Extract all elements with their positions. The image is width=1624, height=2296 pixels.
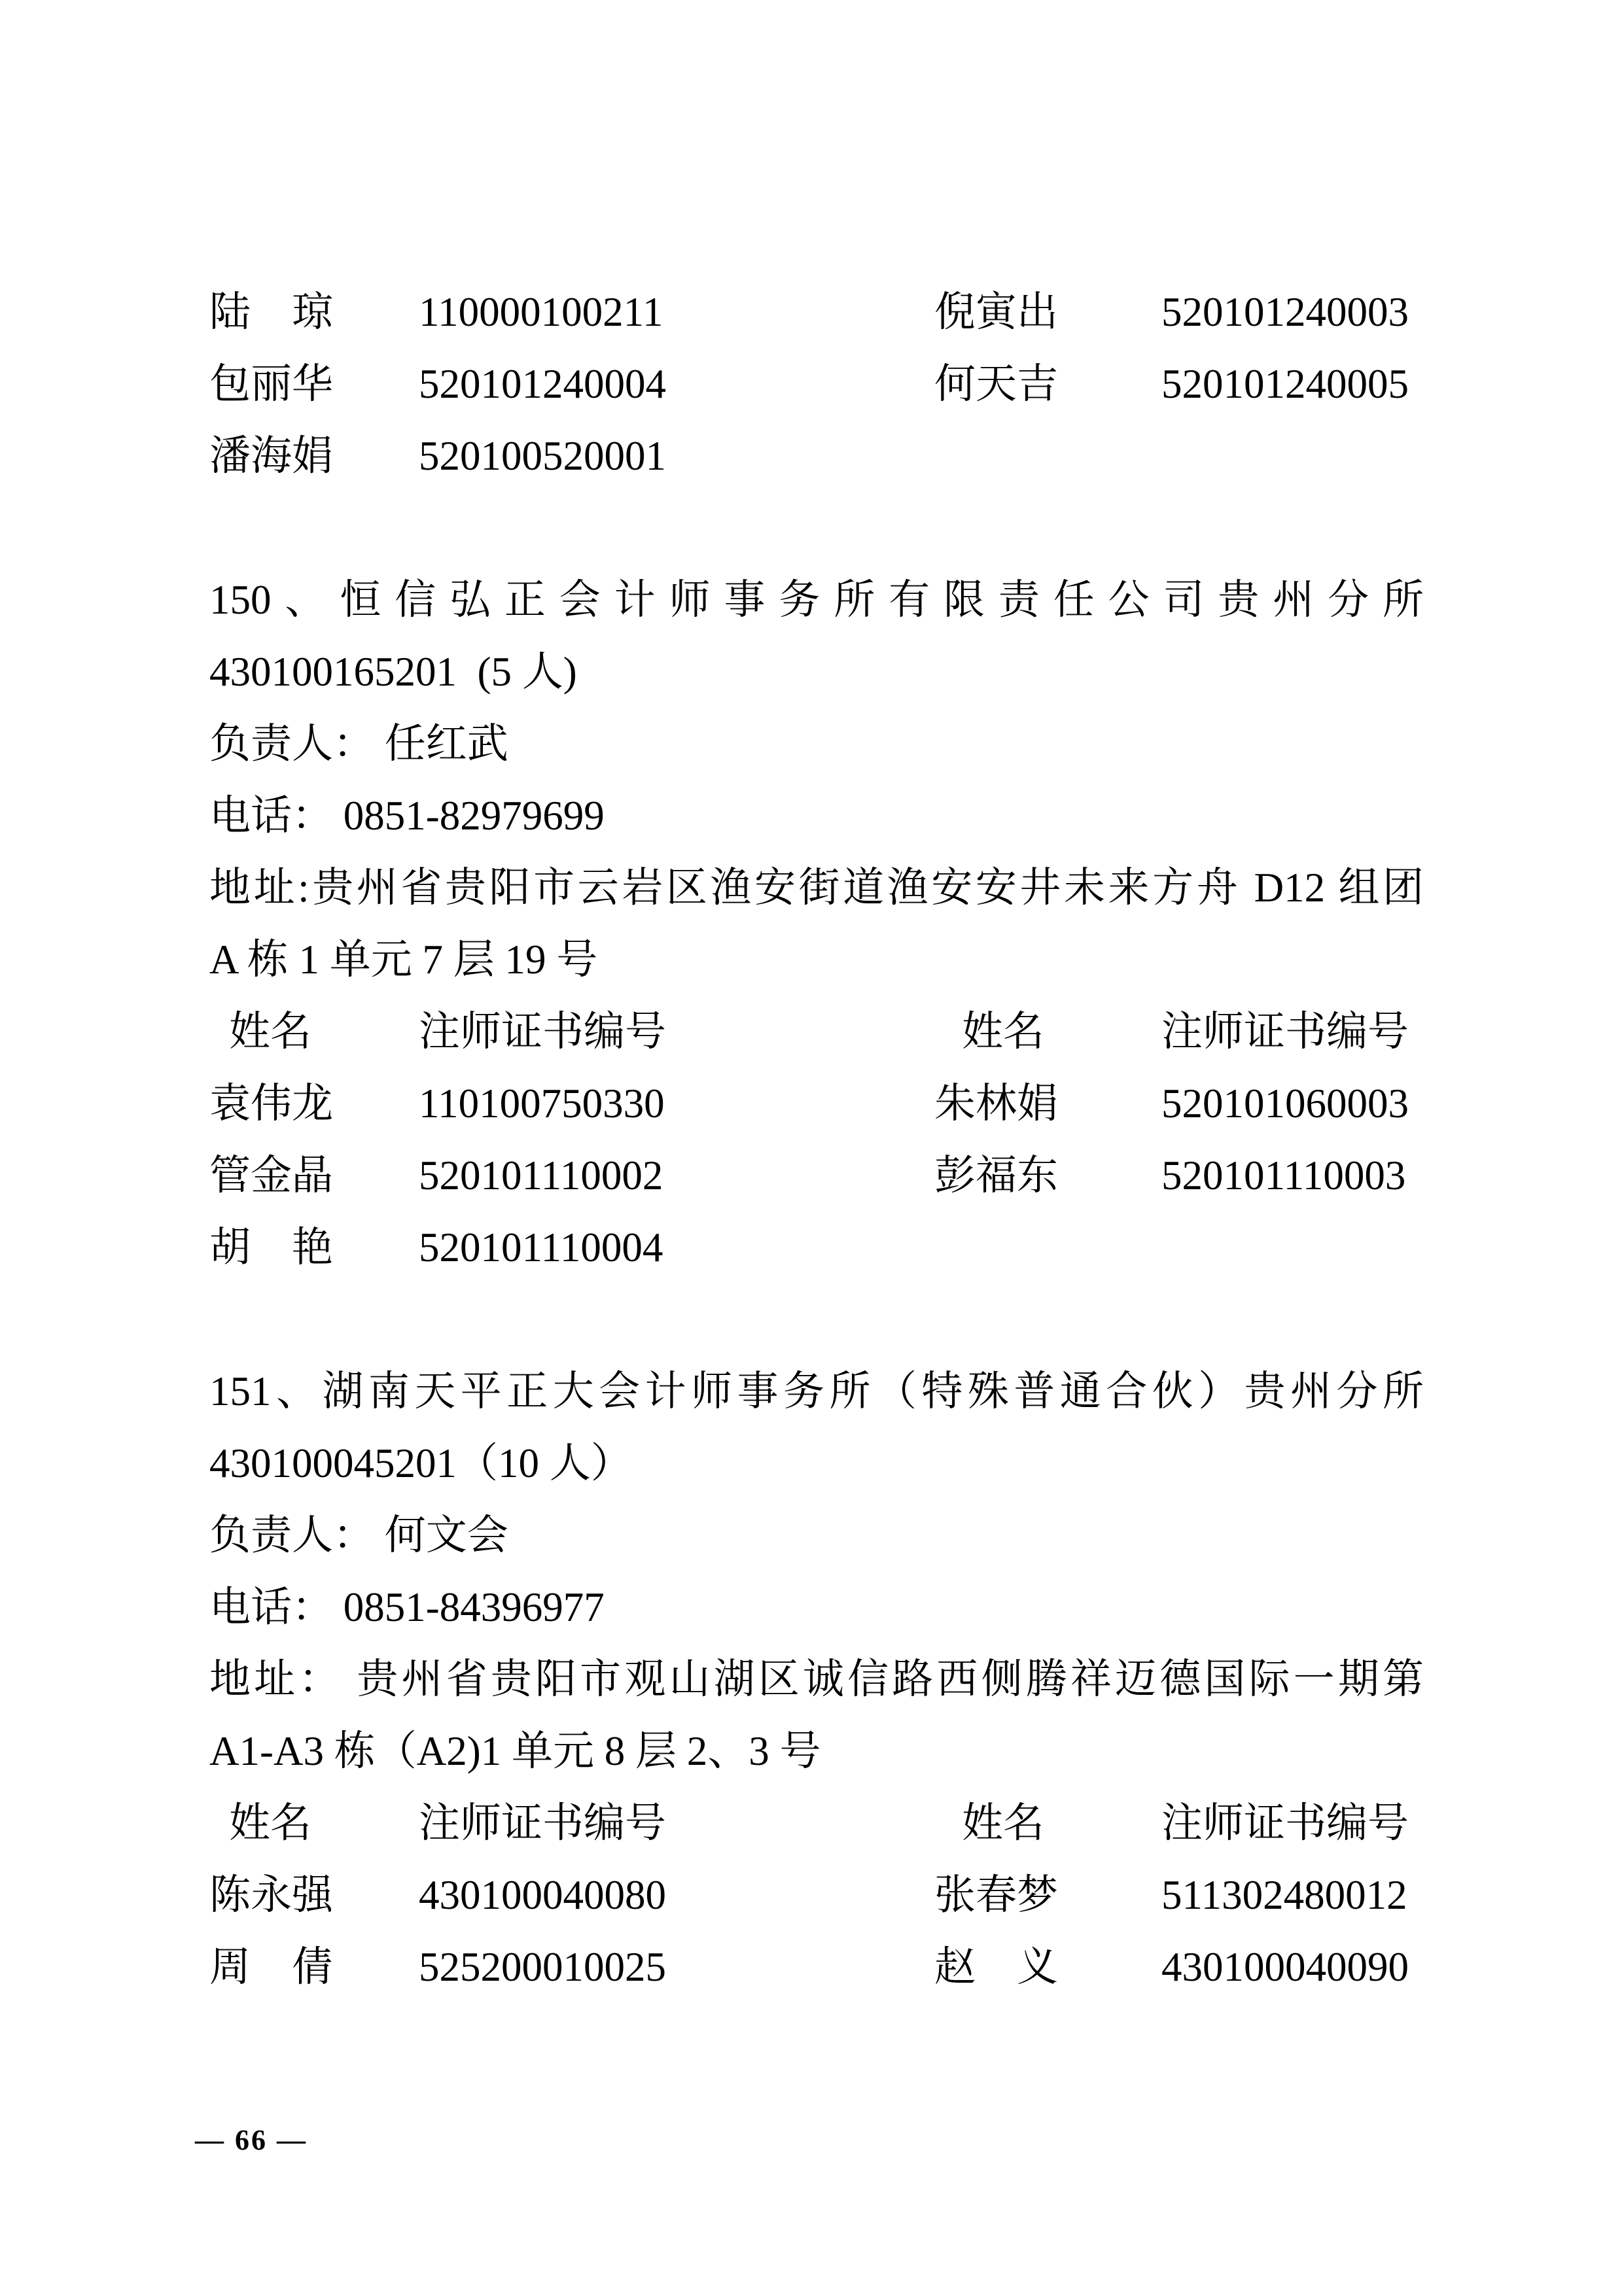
roster-header-row: 姓名 注师证书编号 姓名 注师证书编号	[209, 996, 1424, 1068]
firm-address-line2: A1-A3 栋（A2)1 单元 8 层 2、3 号	[209, 1715, 1424, 1787]
roster-row: 袁伟龙 110100750330 朱林娟 520101060003	[209, 1068, 1424, 1139]
person-name: 赵 义	[934, 1931, 1161, 2003]
cert-number: 520101240004	[419, 348, 934, 420]
cert-number	[1161, 1211, 1424, 1283]
roster-row: 周 倩 525200010025 赵 义 430100040090	[209, 1931, 1424, 2003]
person-name: 袁伟龙	[209, 1068, 419, 1139]
person-name: 张春梦	[934, 1859, 1161, 1931]
firm-address-line2: A 栋 1 单元 7 层 19 号	[209, 924, 1424, 996]
firm-phone: 电话： 0851-82979699	[209, 780, 1424, 852]
section-gap	[209, 492, 1424, 564]
cert-number: 110100750330	[419, 1068, 934, 1139]
person-name: 朱林娟	[934, 1068, 1161, 1139]
person-name: 何天吉	[934, 348, 1161, 420]
firm-manager: 负责人： 何文会	[209, 1499, 1424, 1571]
cert-number: 525200010025	[419, 1931, 934, 2003]
firm-phone: 电话： 0851-84396977	[209, 1571, 1424, 1643]
roster-row: 陈永强 430100040080 张春梦 511302480012	[209, 1859, 1424, 1931]
cert-column-header: 注师证书编号	[1161, 1787, 1424, 1859]
cert-column-header: 注师证书编号	[1161, 996, 1424, 1068]
cert-number: 520101110002	[419, 1139, 934, 1211]
roster-row: 包丽华 520101240004 何天吉 520101240005	[209, 348, 1424, 420]
firm-address-line1: 地址:贵州省贵阳市云岩区渔安街道渔安安井未来方舟 D12 组团	[209, 852, 1424, 924]
firm-address-line1: 地址： 贵州省贵阳市观山湖区诚信路西侧腾祥迈德国际一期第	[209, 1643, 1424, 1715]
person-name: 彭福东	[934, 1139, 1161, 1211]
roster-row: 管金晶 520101110002 彭福东 520101110003	[209, 1139, 1424, 1211]
firm-section-151: 151、湖南天平正大会计师事务所（特殊普通合伙）贵州分所 43010004520…	[209, 1355, 1424, 2003]
firm-section-150: 150、恒信弘正会计师事务所有限责任公司贵州分所 430100165201 (5…	[209, 564, 1424, 1283]
cert-column-header: 注师证书编号	[419, 1787, 934, 1859]
footer-page-number: — 66 —	[195, 2121, 308, 2160]
cert-number: 430100040090	[1161, 1931, 1424, 2003]
firm-registration: 430100165201 (5 人)	[209, 636, 1424, 708]
roster-row: 潘海娟 520100520001	[209, 420, 1424, 492]
person-name	[934, 1211, 1161, 1283]
person-name: 陆 琼	[209, 276, 419, 348]
cert-number: 520101060003	[1161, 1068, 1424, 1139]
name-column-header: 姓名	[934, 996, 1161, 1068]
document-body: 陆 琼 110000100211 倪寅出 520101240003 包丽华 52…	[209, 276, 1424, 2003]
roster-header-row: 姓名 注师证书编号 姓名 注师证书编号	[209, 1787, 1424, 1859]
cert-number: 520100520001	[419, 420, 934, 492]
cert-column-header: 注师证书编号	[419, 996, 934, 1068]
person-name	[934, 420, 1161, 492]
roster-row: 陆 琼 110000100211 倪寅出 520101240003	[209, 276, 1424, 348]
person-name: 包丽华	[209, 348, 419, 420]
firm-title: 151、湖南天平正大会计师事务所（特殊普通合伙）贵州分所	[209, 1355, 1424, 1427]
firm-registration: 430100045201（10 人）	[209, 1427, 1424, 1499]
firm-manager: 负责人： 任红武	[209, 708, 1424, 780]
person-name: 周 倩	[209, 1931, 419, 2003]
name-column-header: 姓名	[209, 996, 419, 1068]
person-name: 管金晶	[209, 1139, 419, 1211]
cert-number: 520101240003	[1161, 276, 1424, 348]
roster-row: 胡 艳 520101110004	[209, 1211, 1424, 1283]
name-column-header: 姓名	[209, 1787, 419, 1859]
name-column-header: 姓名	[934, 1787, 1161, 1859]
cert-number: 511302480012	[1161, 1859, 1424, 1931]
person-name: 倪寅出	[934, 276, 1161, 348]
person-name: 陈永强	[209, 1859, 419, 1931]
page: { "page": { "footer": "— 66 —" }, "label…	[0, 0, 1624, 2296]
firm-title: 150、恒信弘正会计师事务所有限责任公司贵州分所	[209, 564, 1424, 636]
cert-number: 430100040080	[419, 1859, 934, 1931]
cert-number: 520101110004	[419, 1211, 934, 1283]
cert-number: 110000100211	[419, 276, 934, 348]
cert-number: 520101240005	[1161, 348, 1424, 420]
person-name: 潘海娟	[209, 420, 419, 492]
section-gap	[209, 1283, 1424, 1355]
cert-number	[1161, 420, 1424, 492]
cert-number: 520101110003	[1161, 1139, 1424, 1211]
person-name: 胡 艳	[209, 1211, 419, 1283]
